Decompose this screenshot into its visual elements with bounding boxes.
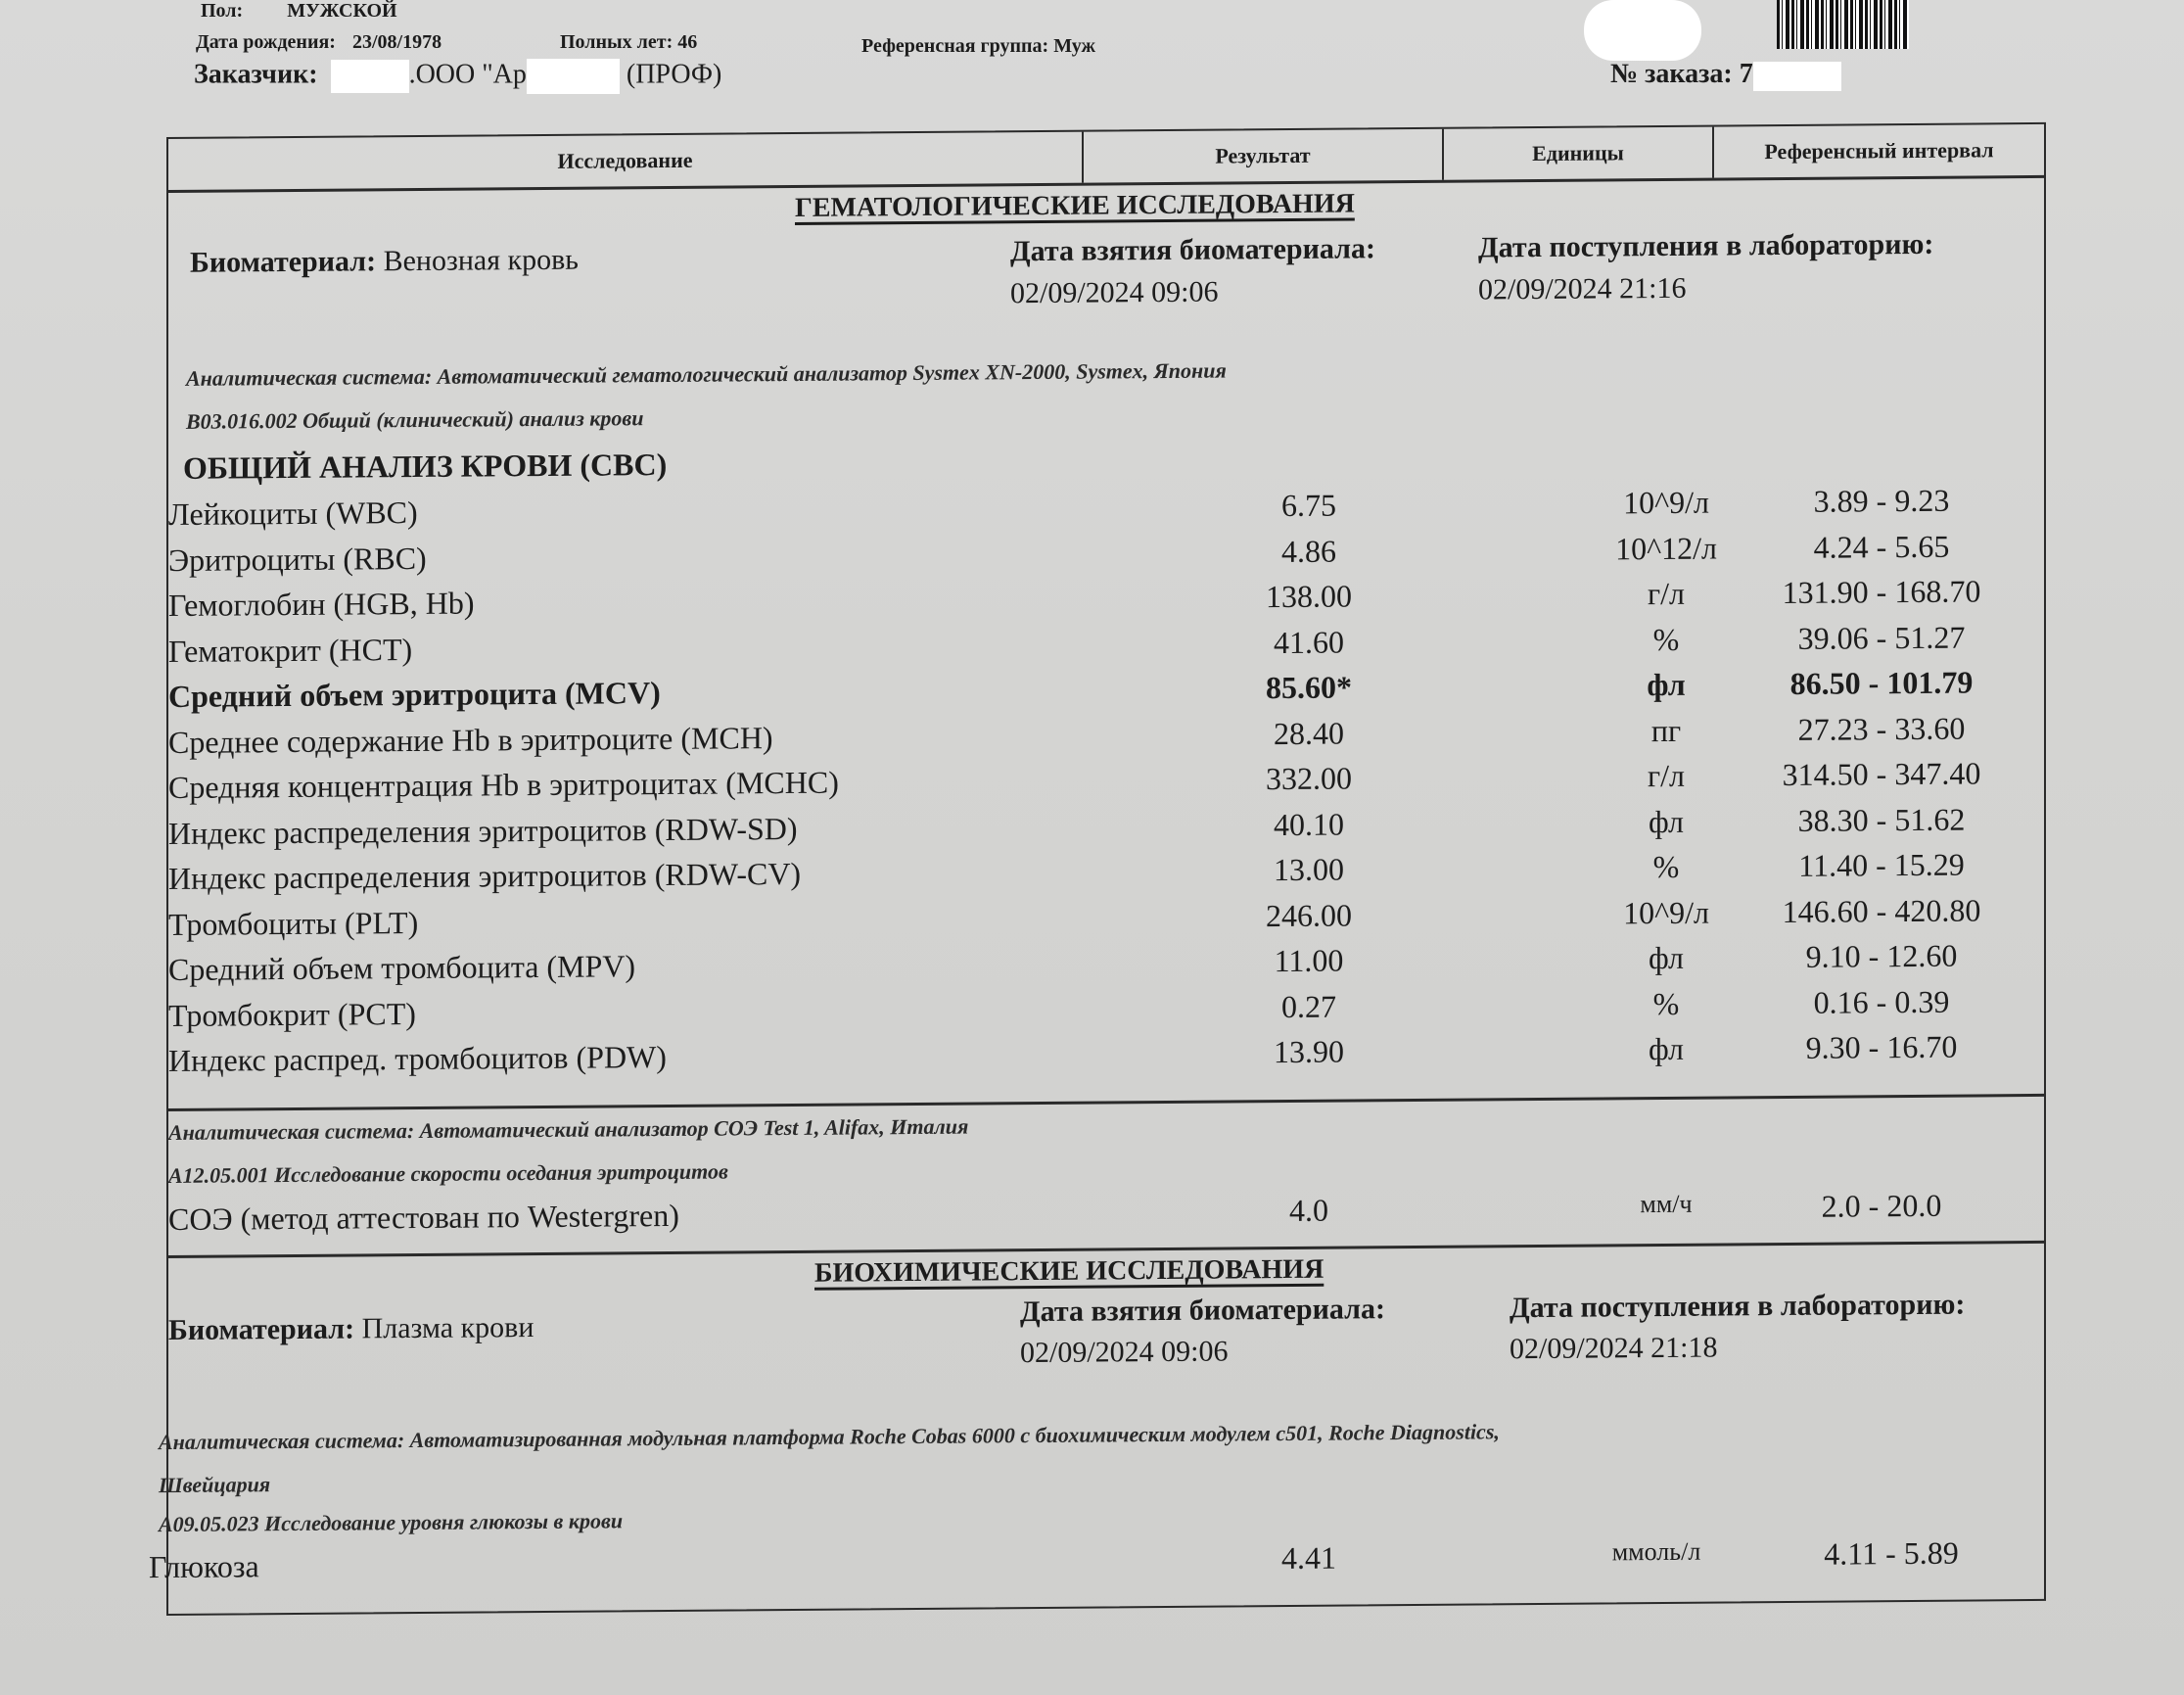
test-reference: 4.11 - 5.89 [1754, 1534, 2028, 1573]
customer-value-pre: .ООО "Ар [409, 59, 527, 89]
test-result: 13.90 [1235, 1033, 1382, 1070]
biochemistry-analyzer: Аналитическая система: Автоматизированна… [159, 1419, 1500, 1455]
test-name: Глюкоза [149, 1548, 259, 1585]
test-unit: фл [1568, 666, 1764, 704]
esr-analyzer: Аналитическая система: Автоматический ан… [168, 1114, 968, 1146]
test-reference: 131.90 - 168.70 [1744, 573, 2019, 611]
test-reference: 146.60 - 420.80 [1744, 892, 2019, 930]
test-name: Индекс распределения эритроцитов (RDW-SD… [168, 810, 798, 851]
test-result: 13.00 [1235, 851, 1382, 888]
test-result: 41.60 [1235, 624, 1382, 661]
biochemistry-received-label: Дата поступления в лабораторию: [1510, 1289, 1965, 1326]
test-reference: 11.40 - 15.29 [1744, 846, 2019, 884]
biomaterial-label: Биоматериал: [190, 245, 376, 278]
ref-group-field: Референсная группа: Муж [861, 35, 1095, 58]
customer-field: Заказчик: .ООО "Ар (ПРОФ) [194, 59, 721, 94]
test-unit: фл [1568, 1030, 1764, 1068]
dob-value: 23/08/1978 [352, 31, 441, 53]
col-units: Единицы [1444, 127, 1714, 180]
cbc-panel-title: ОБЩИЙ АНАЛИЗ КРОВИ (CBC) [183, 447, 667, 487]
order-label: № заказа: [1610, 59, 1733, 89]
hematology-service-code: B03.016.002 Общий (клинический) анализ к… [186, 405, 644, 435]
test-unit: мм/ч [1568, 1189, 1764, 1220]
col-study: Исследование [168, 132, 1084, 190]
test-result: 332.00 [1235, 760, 1382, 797]
test-name: Тромбокрит (PCT) [168, 995, 416, 1033]
test-unit: пг [1568, 712, 1764, 750]
test-name: Тромбоциты (PLT) [168, 904, 418, 942]
age-field: Полных лет: 46 [560, 31, 697, 54]
customer-value-post: (ПРОФ) [627, 59, 721, 89]
test-name: Индекс распределения эритроцитов (RDW-CV… [168, 856, 801, 897]
test-reference: 0.16 - 0.39 [1744, 983, 2019, 1021]
dob-field: Дата рождения: 23/08/1978 [196, 31, 441, 54]
hematology-biomaterial: Биоматериал: Венозная кровь [190, 244, 579, 280]
test-name: Среднее содержание Hb в эритроците (MCH) [168, 720, 773, 761]
test-result: 138.00 [1235, 578, 1382, 615]
test-unit: % [1568, 621, 1764, 659]
dob-label: Дата рождения: [196, 31, 336, 53]
test-unit: фл [1568, 803, 1764, 841]
table-row: Глюкоза 4.41 ммоль/л 4.11 - 5.89 [149, 1534, 2024, 1594]
age-label: Полных лет: [560, 31, 673, 53]
test-unit: 10^12/л [1568, 530, 1764, 568]
test-result: 4.41 [1235, 1539, 1382, 1577]
test-unit: 10^9/л [1568, 894, 1764, 932]
test-result: 11.00 [1235, 942, 1382, 979]
biomaterial-value: Венозная кровь [384, 244, 579, 278]
test-name: Средний объем эритроцита (MCV) [168, 675, 661, 715]
test-unit: г/л [1568, 757, 1764, 795]
biochemistry-section-title: БИОХИМИЧЕСКИЕ ИССЛЕДОВАНИЯ [814, 1254, 1324, 1290]
biochemistry-service-code: A09.05.023 Исследование уровня глюкозы в… [159, 1508, 623, 1537]
order-value: 7 [1740, 59, 1753, 89]
hematology-received-label: Дата поступления в лабораторию: [1478, 228, 1933, 265]
biochemistry-collected-label: Дата взятия биоматериала: [1020, 1293, 1385, 1329]
test-reference: 86.50 - 101.79 [1744, 664, 2019, 702]
redaction [527, 59, 620, 94]
ref-group-label: Референсная группа: [861, 35, 1048, 57]
test-name: Средняя концентрация Hb в эритроцитах (M… [168, 765, 839, 806]
test-reference: 9.10 - 12.60 [1744, 937, 2019, 975]
test-name: Средний объем тромбоцита (MPV) [168, 948, 635, 988]
test-unit: % [1568, 848, 1764, 886]
barcode [1777, 0, 1909, 49]
age-value: 46 [677, 31, 697, 53]
redaction [1584, 0, 1701, 61]
table-row: СОЭ (метод аттестован по Westergren) 4.0… [168, 1187, 2044, 1247]
lab-report-page: Пол: МУЖСКОЙ Дата рождения: 23/08/1978 П… [0, 0, 2184, 1695]
test-name: Гематокрит (HCT) [168, 632, 412, 670]
redaction [1753, 62, 1841, 91]
order-number-field: № заказа: 7 [1610, 59, 1841, 91]
customer-label: Заказчик: [194, 59, 318, 89]
biochemistry-collected-value: 02/09/2024 09:06 [1020, 1335, 1229, 1370]
biochemistry-received-value: 02/09/2024 21:18 [1510, 1332, 1718, 1367]
biochemistry-biomaterial: Биоматериал: Плазма крови [168, 1311, 534, 1347]
test-name: Гемоглобин (HGB, Hb) [168, 586, 475, 624]
test-reference: 4.24 - 5.65 [1744, 528, 2019, 566]
test-reference: 39.06 - 51.27 [1744, 619, 2019, 657]
test-reference: 27.23 - 33.60 [1744, 710, 2019, 748]
divider [168, 1094, 2044, 1111]
test-result: 40.10 [1235, 806, 1382, 843]
test-unit: г/л [1568, 575, 1764, 613]
table-header: Исследование Результат Единицы Референсн… [168, 124, 2044, 193]
biomaterial-label: Биоматериал: [168, 1312, 354, 1345]
hematology-section-title: ГЕМАТОЛОГИЧЕСКИЕ ИССЛЕДОВАНИЯ [795, 188, 1355, 223]
test-result: 4.0 [1235, 1192, 1382, 1229]
hematology-collected-value: 02/09/2024 09:06 [1010, 276, 1219, 311]
ref-group-value: Муж [1053, 35, 1095, 57]
test-reference: 314.50 - 347.40 [1744, 755, 2019, 793]
sex-value: МУЖСКОЙ [287, 0, 396, 22]
test-result: 28.40 [1235, 715, 1382, 752]
test-result: 85.60* [1235, 669, 1382, 706]
hematology-collected-label: Дата взятия биоматериала: [1010, 232, 1375, 268]
sex-label: Пол: [201, 0, 243, 22]
sex-field: Пол: МУЖСКОЙ [201, 0, 397, 23]
hematology-analyzer: Аналитическая система: Автоматический ге… [186, 357, 1227, 391]
col-reference: Референсный интервал [1714, 124, 2044, 178]
hematology-received-value: 02/09/2024 21:16 [1478, 272, 1687, 307]
esr-service-code: A12.05.001 Исследование скорости оседани… [168, 1158, 728, 1188]
biochemistry-analyzer-country: Швейцария [159, 1472, 270, 1498]
test-unit: % [1568, 985, 1764, 1023]
test-result: 0.27 [1235, 988, 1382, 1025]
test-reference: 2.0 - 20.0 [1744, 1187, 2019, 1225]
test-unit: 10^9/л [1568, 484, 1764, 522]
test-name: Лейкоциты (WBC) [168, 494, 418, 533]
test-result: 246.00 [1235, 897, 1382, 934]
test-unit: фл [1568, 939, 1764, 977]
results-table: Исследование Результат Единицы Референсн… [166, 122, 2046, 1616]
test-name: СОЭ (метод аттестован по Westergren) [168, 1198, 679, 1238]
test-result: 4.86 [1235, 533, 1382, 570]
test-unit: ммоль/л [1558, 1536, 1754, 1568]
test-name: Эритроциты (RBC) [168, 540, 427, 578]
test-result: 6.75 [1235, 487, 1382, 524]
test-name: Индекс распред. тромбоцитов (PDW) [168, 1039, 667, 1079]
redaction [331, 60, 409, 93]
col-result: Результат [1084, 129, 1444, 183]
test-reference: 3.89 - 9.23 [1744, 482, 2019, 520]
biomaterial-value: Плазма крови [362, 1311, 534, 1344]
test-reference: 38.30 - 51.62 [1744, 801, 2019, 839]
test-reference: 9.30 - 16.70 [1744, 1028, 2019, 1066]
